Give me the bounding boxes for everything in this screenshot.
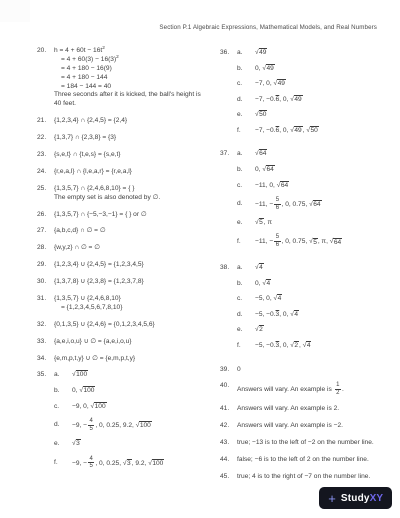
solution-line: {1,3,5,7} ∪ {2,4,6,8,10} xyxy=(54,295,237,304)
sub-item-content: −9, −45, 0, 0.25, √3, 9.2, √100 xyxy=(72,456,164,471)
sub-item-f: f.−5, −0.3, 0, √2, √4 xyxy=(237,342,396,351)
sub-item-f: f.−7, −0.6, 0, √49, √50 xyxy=(237,127,396,136)
problem-number: 41. xyxy=(220,405,237,414)
problem-number: 29. xyxy=(37,261,54,270)
problem-body: {e,m,p,t,y} ∪ ∅ = {e,m,p,t,y} xyxy=(54,355,237,364)
problem-body: 0 xyxy=(237,366,396,375)
square-root: √49 xyxy=(290,126,302,134)
fraction: 56 xyxy=(274,234,280,249)
sub-item-a: a.√64 xyxy=(237,150,396,159)
sub-item-c: c.−7, 0, √49 xyxy=(237,80,396,89)
sub-item-d: d.−5, −0.3, 0, √4 xyxy=(237,311,396,320)
sub-item-content: −9, −45, 0, 0.25, 9.2, √100 xyxy=(72,418,152,433)
square-root: √4 xyxy=(303,341,312,349)
sub-item-letter: c. xyxy=(237,182,255,191)
sub-item-content: −9, 0, √100 xyxy=(72,403,107,412)
sub-item-b: b.0, √100 xyxy=(54,387,237,396)
problem-35: 35.a.√100b.0, √100c.−9, 0, √100d.−9, −45… xyxy=(37,371,237,477)
sub-item-d: d.−7, −0.6, 0, √49 xyxy=(237,96,396,105)
sub-item-content: √50 xyxy=(255,111,267,120)
problem-39: 39.0 xyxy=(220,366,396,375)
problem-26: 26.{1,3,5,7} ∩ {−5,−3,−1} = { } or ∅ xyxy=(37,211,237,220)
solution-line: The empty set is also denoted by ∅. xyxy=(54,194,237,203)
problem-number: 20. xyxy=(37,47,54,109)
logo-text-study: Study xyxy=(341,493,370,504)
problem-30: 30.{1,3,7,8} ∪ {2,3,8} = {1,2,3,7,8} xyxy=(37,278,237,287)
problem-body: {a,b,c,d} ∩ ∅ = ∅ xyxy=(54,227,237,236)
problem-number: 32. xyxy=(37,321,54,330)
problem-number: 28. xyxy=(37,244,54,253)
sub-item-letter: b. xyxy=(237,65,255,74)
problem-body: {s,e,t} ∩ {t,e,s} = {s,e,t} xyxy=(54,151,237,160)
left-column: 20.h = 4 + 60t − 16t2= 4 + 60(3) − 16(3)… xyxy=(37,47,237,485)
problem-36: 36.a.√49b.0, √49c.−7, 0, √49d.−7, −0.6, … xyxy=(220,49,396,142)
square-root: √64 xyxy=(330,238,342,246)
page-header: Section P.1 Algebraic Expressions, Mathe… xyxy=(159,24,377,31)
problem-number: 36. xyxy=(220,49,237,142)
page-corner-artifact xyxy=(0,0,30,22)
sub-item-content: −11, −56, 0, 0.75, √64 xyxy=(255,197,322,212)
repeating-decimal: 6 xyxy=(276,127,280,134)
solution-line: {1,2,3,4} ∩ {2,4,5} = {2,4} xyxy=(54,117,237,126)
solution-line: = 4 + 180 − 144 xyxy=(61,74,237,83)
solution-line: {e,m,p,t,y} ∪ ∅ = {e,m,p,t,y} xyxy=(54,355,237,364)
plus-icon: + xyxy=(328,492,336,505)
problem-number: 25. xyxy=(37,185,54,203)
problem-body: {1,2,3,4} ∪ {2,4,5} = {1,2,3,4,5} xyxy=(54,261,237,270)
square-root: √49 xyxy=(290,95,302,103)
solution-line: false; −6 is to the left of 2 on the num… xyxy=(237,456,396,465)
problem-number: 38. xyxy=(220,264,237,357)
square-root: √100 xyxy=(91,402,107,410)
square-root: √64 xyxy=(255,149,267,157)
problem-41: 41.Answers will vary. An example is 2. xyxy=(220,405,396,414)
problem-number: 30. xyxy=(37,278,54,287)
problem-body: Answers will vary. An example is 12. xyxy=(237,382,396,397)
studyxy-logo: + Study XY xyxy=(319,487,392,509)
problem-body: {1,3,7,8} ∪ {2,3,8} = {1,2,3,7,8} xyxy=(54,278,237,287)
square-root: √100 xyxy=(148,459,164,467)
sub-item-letter: a. xyxy=(54,371,72,380)
sub-item-letter: b. xyxy=(237,280,255,289)
square-root: √5 xyxy=(255,218,264,226)
sub-item-content: −11, −56, 0, 0.75, √5, π, √64 xyxy=(255,234,342,249)
solution-line: = 4 + 180 − 16(9) xyxy=(61,65,237,74)
solution-line: h = 4 + 60t − 16t2 xyxy=(54,47,237,56)
square-root: √2 xyxy=(290,341,299,349)
problem-body: a.√100b.0, √100c.−9, 0, √100d.−9, −45, 0… xyxy=(54,371,237,477)
sub-item-e: e.√50 xyxy=(237,111,396,120)
problem-number: 40. xyxy=(220,382,237,397)
square-root: √100 xyxy=(136,421,152,429)
repeating-decimal: 6 xyxy=(276,96,280,103)
square-root: √50 xyxy=(255,110,267,118)
sub-item-letter: b. xyxy=(54,387,72,396)
sub-item-content: √64 xyxy=(255,150,267,159)
square-root: √4 xyxy=(274,294,283,302)
problem-body: false; −6 is to the left of 2 on the num… xyxy=(237,456,396,465)
square-root: √100 xyxy=(72,370,88,378)
problem-body: {w,y,z} ∩ ∅ = ∅ xyxy=(54,244,237,253)
square-root: √49 xyxy=(262,64,274,72)
sub-item-c: c.−9, 0, √100 xyxy=(54,403,237,412)
problem-43: 43.true; −13 is to the left of −2 on the… xyxy=(220,439,396,448)
problem-24: 24.{r,e,a,l} ∩ {l,e,a,r} = {r,e,a,l} xyxy=(37,168,237,177)
sub-item-letter: d. xyxy=(237,311,255,320)
solution-line: Answers will vary. An example is −2. xyxy=(237,422,396,431)
square-root: √100 xyxy=(79,386,95,394)
sub-item-letter: c. xyxy=(54,403,72,412)
solution-line: {a,e,i,o,u} ∪ ∅ = {a,e,i,o,u} xyxy=(54,338,237,347)
sub-item-letter: f. xyxy=(54,459,72,468)
problem-23: 23.{s,e,t} ∩ {t,e,s} = {s,e,t} xyxy=(37,151,237,160)
problem-body: Answers will vary. An example is −2. xyxy=(237,422,396,431)
problem-number: 37. xyxy=(220,150,237,256)
solution-line: {1,3,7,8} ∪ {2,3,8} = {1,2,3,7,8} xyxy=(54,278,237,287)
problem-number: 21. xyxy=(37,117,54,126)
repeating-decimal: 3 xyxy=(276,342,280,349)
problem-number: 39. xyxy=(220,366,237,375)
sub-item-letter: d. xyxy=(237,96,255,105)
solution-line: {1,3,7} ∩ {2,3,8} = {3} xyxy=(54,134,237,143)
fraction: 45 xyxy=(88,418,94,433)
problem-number: 27. xyxy=(37,227,54,236)
solution-line: {1,3,5,7} ∩ {2,4,6,8,10} = { } xyxy=(54,185,237,194)
sub-item-letter: a. xyxy=(237,49,255,58)
sub-item-e: e.√3 xyxy=(54,440,237,449)
sub-item-content: −7, −0.6, 0, √49 xyxy=(255,96,303,105)
sub-item-content: −11, 0, √64 xyxy=(255,182,289,191)
sub-item-content: √2 xyxy=(255,326,264,335)
square-root: √4 xyxy=(255,263,264,271)
square-root: √3 xyxy=(72,439,81,447)
sub-item-content: −5, 0, √4 xyxy=(255,295,282,304)
fraction: 45 xyxy=(88,456,94,471)
sub-item-a: a.√49 xyxy=(237,49,396,58)
square-root: √64 xyxy=(309,200,321,208)
problem-38: 38.a.√4b.0, √4c.−5, 0, √4d.−5, −0.3, 0, … xyxy=(220,264,396,357)
solution-line: true; 4 is to the right of −7 on the num… xyxy=(237,473,396,482)
sub-item-letter: e. xyxy=(237,219,255,228)
problem-44: 44.false; −6 is to the left of 2 on the … xyxy=(220,456,396,465)
problem-42: 42.Answers will vary. An example is −2. xyxy=(220,422,396,431)
problem-40: 40.Answers will vary. An example is 12. xyxy=(220,382,396,397)
sub-item-d: d.−9, −45, 0, 0.25, 9.2, √100 xyxy=(54,418,237,433)
sub-item-b: b.0, √4 xyxy=(237,280,396,289)
problem-body: {0,1,3,5} ∪ {2,4,6} = {0,1,2,3,4,5,6} xyxy=(54,321,237,330)
sub-item-content: −5, −0.3, 0, √4 xyxy=(255,311,299,320)
square-root: √49 xyxy=(255,48,267,56)
sub-item-content: 0, √100 xyxy=(72,387,95,396)
repeating-decimal: 3 xyxy=(276,311,280,318)
square-root: √64 xyxy=(262,165,274,173)
sub-item-content: −5, −0.3, 0, √2, √4 xyxy=(255,342,311,351)
problem-45: 45.true; 4 is to the right of −7 on the … xyxy=(220,473,396,482)
sub-item-letter: f. xyxy=(237,238,255,247)
square-root: √2 xyxy=(255,325,264,333)
problem-number: 22. xyxy=(37,134,54,143)
problem-29: 29.{1,2,3,4} ∪ {2,4,5} = {1,2,3,4,5} xyxy=(37,261,237,270)
problem-body: {1,3,5,7} ∪ {2,4,6,8,10}= {1,2,3,4,5,6,7… xyxy=(54,295,237,313)
solution-line: {s,e,t} ∩ {t,e,s} = {s,e,t} xyxy=(54,151,237,160)
solution-line: = {1,2,3,4,5,6,7,8,10} xyxy=(61,304,237,313)
solution-line: = 4 + 60(3) − 16(3)2 xyxy=(61,56,237,65)
problem-20: 20.h = 4 + 60t − 16t2= 4 + 60(3) − 16(3)… xyxy=(37,47,237,109)
sub-item-letter: a. xyxy=(237,150,255,159)
problem-number: 31. xyxy=(37,295,54,313)
sub-item-e: e.√5, π xyxy=(237,219,396,228)
sub-item-content: √3 xyxy=(72,440,81,449)
problem-25: 25.{1,3,5,7} ∩ {2,4,6,8,10} = { }The emp… xyxy=(37,185,237,203)
sub-item-d: d.−11, −56, 0, 0.75, √64 xyxy=(237,197,396,212)
sub-item-content: √5, π xyxy=(255,219,272,228)
square-root: √50 xyxy=(306,126,318,134)
sub-item-f: f.−11, −56, 0, 0.75, √5, π, √64 xyxy=(237,234,396,249)
solution-line: Answers will vary. An example is 12. xyxy=(237,382,396,397)
problem-number: 23. xyxy=(37,151,54,160)
problem-number: 35. xyxy=(37,371,54,477)
sub-item-content: 0, √49 xyxy=(255,65,275,74)
sub-item-letter: e. xyxy=(54,440,72,449)
problem-body: true; 4 is to the right of −7 on the num… xyxy=(237,473,396,482)
sub-item-letter: f. xyxy=(237,127,255,136)
solution-line: {r,e,a,l} ∩ {l,e,a,r} = {r,e,a,l} xyxy=(54,168,237,177)
sub-item-a: a.√100 xyxy=(54,371,237,380)
problem-21: 21.{1,2,3,4} ∩ {2,4,5} = {2,4} xyxy=(37,117,237,126)
solution-line: {a,b,c,d} ∩ ∅ = ∅ xyxy=(54,227,237,236)
square-root: √64 xyxy=(277,181,289,189)
sub-item-content: √49 xyxy=(255,49,267,58)
problem-number: 42. xyxy=(220,422,237,431)
fraction: 56 xyxy=(274,197,280,212)
problem-27: 27.{a,b,c,d} ∩ ∅ = ∅ xyxy=(37,227,237,236)
sub-item-e: e.√2 xyxy=(237,326,396,335)
sub-item-letter: d. xyxy=(237,200,255,209)
sub-item-content: 0, √64 xyxy=(255,166,275,175)
sub-item-letter: f. xyxy=(237,342,255,351)
problem-body: {r,e,a,l} ∩ {l,e,a,r} = {r,e,a,l} xyxy=(54,168,237,177)
problem-body: a.√49b.0, √49c.−7, 0, √49d.−7, −0.6, 0, … xyxy=(237,49,396,142)
problem-body: {1,2,3,4} ∩ {2,4,5} = {2,4} xyxy=(54,117,237,126)
solution-line: {1,3,5,7} ∩ {−5,−3,−1} = { } or ∅ xyxy=(54,211,237,220)
sub-item-letter: c. xyxy=(237,295,255,304)
sub-item-c: c.−5, 0, √4 xyxy=(237,295,396,304)
problem-number: 43. xyxy=(220,439,237,448)
solution-line: Answers will vary. An example is 2. xyxy=(237,405,396,414)
sub-item-letter: e. xyxy=(237,111,255,120)
problem-number: 26. xyxy=(37,211,54,220)
sub-item-content: √4 xyxy=(255,264,264,273)
problem-body: {1,3,7} ∩ {2,3,8} = {3} xyxy=(54,134,237,143)
sub-item-f: f.−9, −45, 0, 0.25, √3, 9.2, √100 xyxy=(54,456,237,471)
solution-line: {0,1,3,5} ∪ {2,4,6} = {0,1,2,3,4,5,6} xyxy=(54,321,237,330)
sub-item-letter: b. xyxy=(237,166,255,175)
problem-body: {a,e,i,o,u} ∪ ∅ = {a,e,i,o,u} xyxy=(54,338,237,347)
sub-item-letter: e. xyxy=(237,326,255,335)
square-root: √4 xyxy=(290,310,299,318)
sub-item-letter: d. xyxy=(54,421,72,430)
problem-number: 44. xyxy=(220,456,237,465)
square-root: √3 xyxy=(123,459,132,467)
sub-item-a: a.√4 xyxy=(237,264,396,273)
sub-item-content: −7, 0, √49 xyxy=(255,80,286,89)
logo-text-xy: XY xyxy=(370,493,383,504)
problem-number: 45. xyxy=(220,473,237,482)
problem-body: Answers will vary. An example is 2. xyxy=(237,405,396,414)
right-column: 36.a.√49b.0, √49c.−7, 0, √49d.−7, −0.6, … xyxy=(220,49,396,490)
problem-number: 24. xyxy=(37,168,54,177)
sub-item-c: c.−11, 0, √64 xyxy=(237,182,396,191)
sub-item-content: √100 xyxy=(72,371,88,380)
solution-line: = 184 − 144 = 40 xyxy=(61,83,237,92)
sub-item-content: 0, √4 xyxy=(255,280,271,289)
problem-number: 34. xyxy=(37,355,54,364)
problem-body: a.√64b.0, √64c.−11, 0, √64d.−11, −56, 0,… xyxy=(237,150,396,256)
solution-line: true; −13 is to the left of −2 on the nu… xyxy=(237,439,396,448)
problem-34: 34.{e,m,p,t,y} ∪ ∅ = {e,m,p,t,y} xyxy=(37,355,237,364)
solution-line: 0 xyxy=(237,366,396,375)
solution-line: 40 feet. xyxy=(54,100,237,109)
problem-number: 33. xyxy=(37,338,54,347)
solution-line: {1,2,3,4} ∪ {2,4,5} = {1,2,3,4,5} xyxy=(54,261,237,270)
sub-item-b: b.0, √64 xyxy=(237,166,396,175)
problem-body: true; −13 is to the left of −2 on the nu… xyxy=(237,439,396,448)
solution-line: {w,y,z} ∩ ∅ = ∅ xyxy=(54,244,237,253)
textbook-page: Section P.1 Algebraic Expressions, Mathe… xyxy=(0,0,400,518)
sub-item-b: b.0, √49 xyxy=(237,65,396,74)
problem-32: 32.{0,1,3,5} ∪ {2,4,6} = {0,1,2,3,4,5,6} xyxy=(37,321,237,330)
problem-body: {1,3,5,7} ∩ {−5,−3,−1} = { } or ∅ xyxy=(54,211,237,220)
sub-item-content: −7, −0.6, 0, √49, √50 xyxy=(255,127,319,136)
problem-33: 33.{a,e,i,o,u} ∪ ∅ = {a,e,i,o,u} xyxy=(37,338,237,347)
problem-body: h = 4 + 60t − 16t2= 4 + 60(3) − 16(3)2= … xyxy=(54,47,237,109)
problem-22: 22.{1,3,7} ∩ {2,3,8} = {3} xyxy=(37,134,237,143)
problem-body: a.√4b.0, √4c.−5, 0, √4d.−5, −0.3, 0, √4e… xyxy=(237,264,396,357)
problem-31: 31.{1,3,5,7} ∪ {2,4,6,8,10}= {1,2,3,4,5,… xyxy=(37,295,237,313)
problem-body: {1,3,5,7} ∩ {2,4,6,8,10} = { }The empty … xyxy=(54,185,237,203)
fraction: 12 xyxy=(335,382,341,397)
problem-37: 37.a.√64b.0, √64c.−11, 0, √64d.−11, −56,… xyxy=(220,150,396,256)
sub-item-letter: c. xyxy=(237,80,255,89)
problem-28: 28.{w,y,z} ∩ ∅ = ∅ xyxy=(37,244,237,253)
sub-item-letter: a. xyxy=(237,264,255,273)
square-root: √5 xyxy=(309,238,318,246)
square-root: √49 xyxy=(274,79,286,87)
solution-line: Three seconds after it is kicked, the ba… xyxy=(54,91,237,100)
square-root: √4 xyxy=(262,279,271,287)
